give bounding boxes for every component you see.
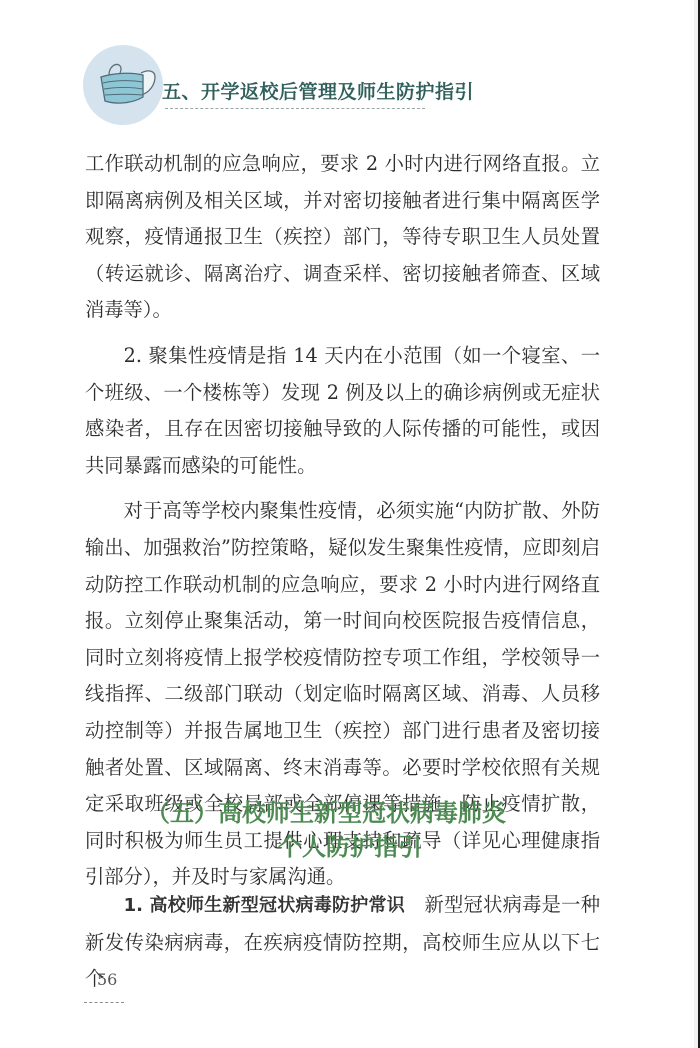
section-heading: （五）高校师生新型冠状病毒肺炎 个人防护指引 xyxy=(0,796,700,864)
face-mask-icon xyxy=(83,45,163,125)
section-heading-line-1: （五）高校师生新型冠状病毒肺炎 xyxy=(0,796,700,830)
subsection-paragraph: 1. 高校师生新型冠状病毒防护常识 新型冠状病毒是一种新发传染病病毒，在疾病疫情… xyxy=(85,887,600,998)
section-heading-line-2: 个人防护指引 xyxy=(0,830,700,864)
body-text: 工作联动机制的应急响应，要求 2 小时内进行网络直报。立即隔离病例及相关区域，并… xyxy=(85,146,600,896)
paragraph: 2. 聚集性疫情是指 14 天内在小范围（如一个寝室、一个班级、一个楼栋等）发现… xyxy=(85,338,600,484)
page-number: 56 xyxy=(97,970,117,989)
chapter-header: 五、开学返校后管理及师生防护指引 xyxy=(80,42,500,132)
chapter-title: 五、开学返校后管理及师生防护指引 xyxy=(162,77,474,104)
paragraph: 工作联动机制的应急响应，要求 2 小时内进行网络直报。立即隔离病例及相关区域，并… xyxy=(85,146,600,329)
page-number-rule xyxy=(84,1002,124,1003)
subsection-heading: 1. 高校师生新型冠状病毒防护常识 xyxy=(124,895,405,916)
dashed-divider xyxy=(165,108,425,109)
